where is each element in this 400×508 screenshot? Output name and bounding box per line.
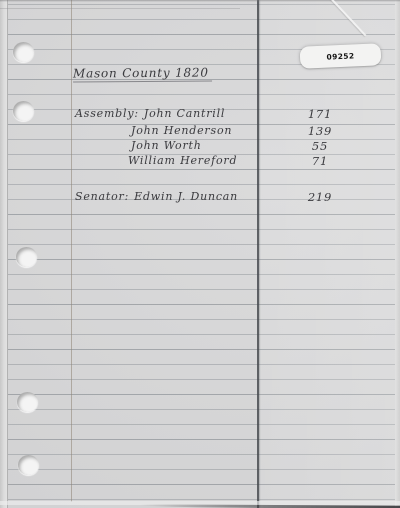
- candidate-entry: Senator:Edwin J. Duncan: [75, 190, 238, 203]
- catalog-number: 09252: [326, 51, 354, 61]
- ledger-row: John Henderson 139: [0, 124, 400, 138]
- punch-hole: [18, 455, 39, 475]
- catalog-sticker: 09252: [300, 43, 382, 69]
- punch-hole: [16, 247, 37, 267]
- page-left-edge: [0, 0, 8, 508]
- ledger-row: Senator:Edwin J. Duncan 219: [0, 190, 400, 204]
- candidate-name: John Worth: [131, 139, 202, 152]
- vote-count: 71: [303, 154, 337, 168]
- vote-count: 139: [303, 124, 337, 138]
- underlying-page-seam: [0, 8, 240, 9]
- page-title: Mason County 1820: [73, 66, 212, 83]
- ledger-row: William Hereford 71: [0, 154, 400, 168]
- punch-hole: [17, 392, 38, 412]
- vote-count: 55: [303, 139, 337, 153]
- candidate-name: Edwin J. Duncan: [134, 190, 238, 203]
- candidate-name: John Henderson: [131, 124, 232, 137]
- margin-line: [71, 0, 72, 502]
- vote-count: 171: [303, 107, 337, 121]
- punch-hole: [13, 42, 34, 62]
- page-right-edge: [395, 0, 400, 508]
- ledger-row: Assembly:John Cantrill 171: [0, 107, 400, 121]
- candidate-entry: William Hereford: [128, 154, 237, 167]
- candidate-entry: John Henderson: [131, 124, 232, 137]
- corner-fold-line: [330, 0, 367, 36]
- scanned-ledger-page: 09252 Mason County 1820 Assembly:John Ca…: [0, 0, 400, 508]
- candidate-entry: John Worth: [131, 139, 202, 152]
- candidate-name: William Hereford: [128, 154, 237, 167]
- vote-count: 219: [303, 190, 337, 204]
- ledger-row: John Worth 55: [0, 139, 400, 153]
- column-divider-line: [257, 0, 259, 508]
- office-label: Assembly:: [75, 107, 139, 120]
- office-label: Senator:: [75, 190, 129, 203]
- candidate-entry: Assembly:John Cantrill: [75, 107, 225, 120]
- page-top-edge: [0, 0, 400, 2]
- candidate-name: John Cantrill: [144, 107, 225, 120]
- page-bottom-edge-shadow: [140, 504, 400, 508]
- right-column-tint: [260, 0, 395, 502]
